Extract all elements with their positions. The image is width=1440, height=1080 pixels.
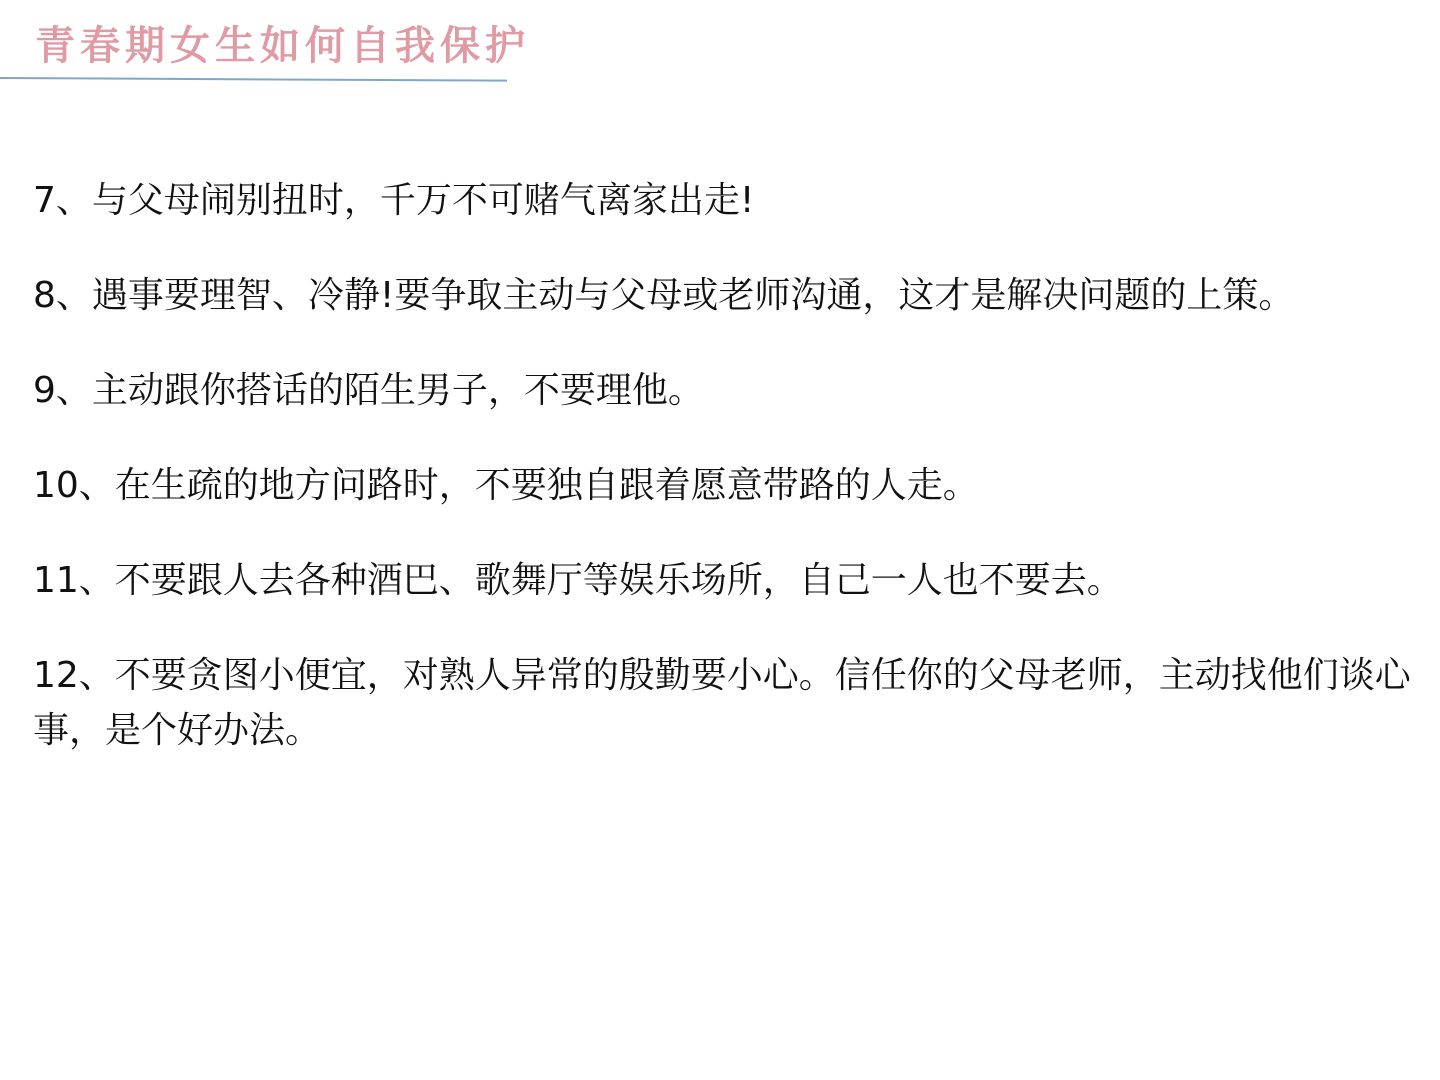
- list-item-7: 7、与父母闹别扭时，千万不可赌气离家出走!: [33, 173, 1423, 228]
- presentation-slide: 青春期女生如何自我保护 7、与父母闹别扭时，千万不可赌气离家出走! 8、遇事要理…: [0, 0, 1440, 1080]
- safety-tips-list: 7、与父母闹别扭时，千万不可赌气离家出走! 8、遇事要理智、冷静!要争取主动与父…: [33, 173, 1423, 798]
- list-item-9: 9、主动跟你搭话的陌生男子，不要理他。: [33, 363, 1423, 418]
- list-item-11: 11、不要跟人去各种酒巴、歌舞厅等娱乐场所，自己一人也不要去。: [33, 553, 1423, 608]
- list-item-8: 8、遇事要理智、冷静!要争取主动与父母或老师沟通，这才是解决问题的上策。: [33, 268, 1423, 323]
- list-item-12: 12、不要贪图小便宜，对熟人异常的殷勤要小心。信任你的父母老师，主动找他们谈心事…: [33, 648, 1423, 758]
- title-underline: [0, 77, 507, 82]
- list-item-10: 10、在生疏的地方问路时，不要独自跟着愿意带路的人走。: [33, 458, 1423, 513]
- slide-title: 青春期女生如何自我保护: [35, 24, 530, 68]
